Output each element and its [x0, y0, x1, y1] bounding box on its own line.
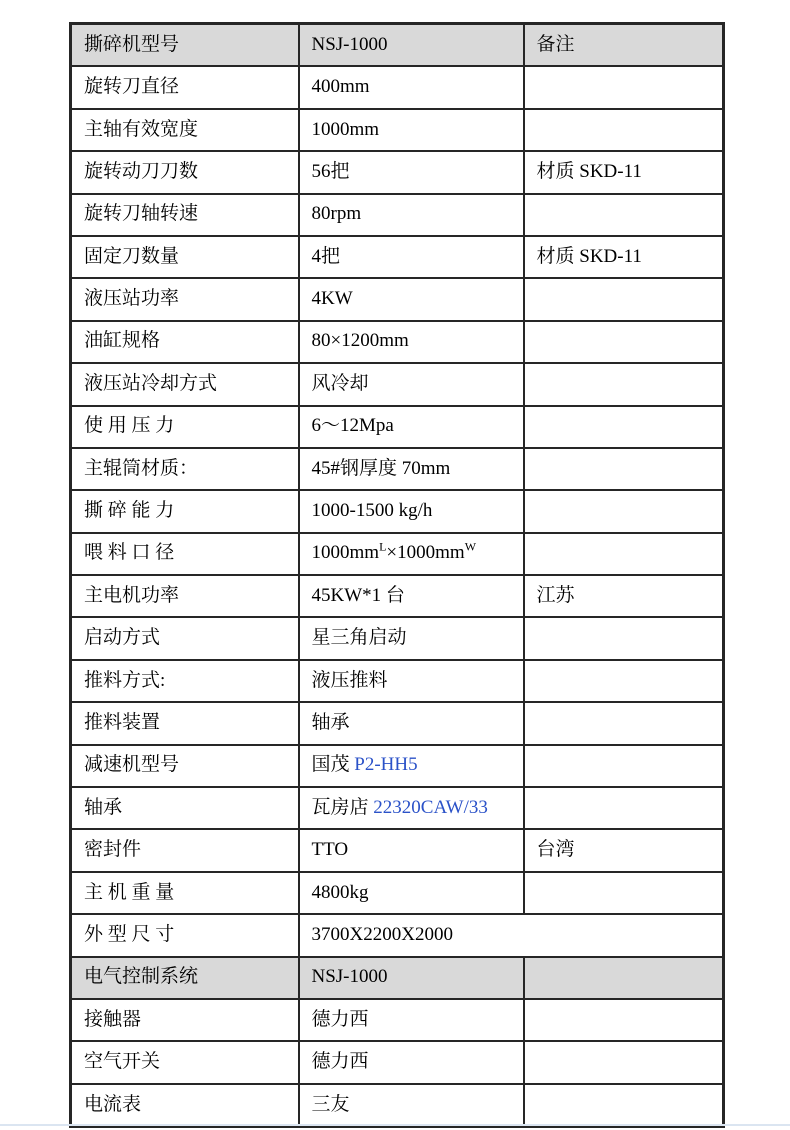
spec-label-cell: 外 型 尺 寸 [71, 914, 299, 956]
spec-value-cell: 星三角启动 [299, 617, 524, 659]
cell-text-segment: 德力西 [312, 1051, 369, 1072]
spec-note-cell [524, 787, 724, 829]
spec-note-cell [524, 872, 724, 914]
spec-note-cell [524, 194, 724, 236]
spec-value-cell: 1000mm [299, 109, 524, 151]
table-row: 撕碎机型号NSJ-1000备注 [71, 24, 724, 67]
spec-value-cell: 80rpm [299, 194, 524, 236]
spec-value-cell: 6～12Mpa [299, 406, 524, 448]
spec-value-cell: 德力西 [299, 999, 524, 1041]
table-row: 主电机功率45KW*1 台江苏 [71, 575, 724, 617]
cell-text-segment: P2-HH5 [354, 754, 417, 775]
page-divider [0, 1124, 790, 1126]
spec-note-cell [524, 1041, 724, 1083]
spec-label-cell: 电流表 [71, 1084, 299, 1127]
spec-value-cell: 45KW*1 台 [299, 575, 524, 617]
spec-note-cell: 材质 SKD-11 [524, 151, 724, 193]
spec-note-cell [524, 109, 724, 151]
spec-label-cell: 撕 碎 能 力 [71, 490, 299, 532]
table-row: 推料方式:液压推料 [71, 660, 724, 702]
cell-text-segment: 液压推料 [312, 670, 388, 691]
table-row: 旋转刀轴转速80rpm [71, 194, 724, 236]
spec-value-cell: 轴承 [299, 702, 524, 744]
spec-label-cell: 旋转动刀刀数 [71, 151, 299, 193]
spec-value-cell: 液压推料 [299, 660, 524, 702]
spec-note-cell: 江苏 [524, 575, 724, 617]
table-row: 电流表三友 [71, 1084, 724, 1127]
spec-note-cell [524, 660, 724, 702]
spec-note-cell [524, 702, 724, 744]
cell-text-segment: 45KW*1 台 [312, 585, 405, 606]
cell-text-segment: 三友 [312, 1094, 350, 1115]
cell-text-segment: 400mm [312, 76, 370, 97]
spec-label-cell: 油缸规格 [71, 321, 299, 363]
spec-value-cell: 1000-1500 kg/h [299, 490, 524, 532]
spec-label-cell: 旋转刀轴转速 [71, 194, 299, 236]
spec-note-cell: 备注 [524, 24, 724, 67]
spec-label-cell: 接触器 [71, 999, 299, 1041]
spec-value-cell: 1000mmL×1000mmW [299, 533, 524, 575]
spec-value-cell: 4把 [299, 236, 524, 278]
spec-value-cell: 4KW [299, 278, 524, 320]
table-row: 轴承瓦房店 22320CAW/33 [71, 787, 724, 829]
spec-value-cell: 45#钢厚度 70mm [299, 448, 524, 490]
spec-label-cell: 主辊筒材质： [71, 448, 299, 490]
cell-text-segment: 1000mm [312, 119, 380, 140]
spec-note-cell [524, 999, 724, 1041]
spec-label-cell: 减速机型号 [71, 745, 299, 787]
spec-note-cell [524, 278, 724, 320]
spec-label-cell: 空气开关 [71, 1041, 299, 1083]
spec-label-cell: 固定刀数量 [71, 236, 299, 278]
spec-label-cell: 撕碎机型号 [71, 24, 299, 67]
cell-text-segment: 22320CAW/33 [373, 797, 488, 818]
spec-note-cell [524, 321, 724, 363]
cell-text-segment: 国茂 [312, 754, 355, 775]
spec-note-cell [524, 66, 724, 108]
spec-note-cell: 材质 SKD-11 [524, 236, 724, 278]
spec-note-cell: 台湾 [524, 829, 724, 871]
spec-label-cell: 推料装置 [71, 702, 299, 744]
spec-label-cell: 密封件 [71, 829, 299, 871]
spec-note-cell [524, 1084, 724, 1127]
table-row: 旋转动刀刀数56把材质 SKD-11 [71, 151, 724, 193]
spec-value-cell: NSJ-1000 [299, 957, 524, 999]
cell-text-segment: 4KW [312, 288, 353, 309]
spec-value-cell: 4800kg [299, 872, 524, 914]
spec-note-cell [524, 533, 724, 575]
cell-text-segment: 1000-1500 kg/h [312, 500, 433, 521]
table-row: 外 型 尺 寸3700X2200X2000 [71, 914, 724, 956]
spec-table: 撕碎机型号NSJ-1000备注旋转刀直径400mm主轴有效宽度1000mm旋转动… [69, 22, 725, 1128]
cell-text-segment: 德力西 [312, 1009, 369, 1030]
cell-text-segment: 瓦房店 [312, 797, 374, 818]
table-row: 液压站功率4KW [71, 278, 724, 320]
table-row: 旋转刀直径400mm [71, 66, 724, 108]
spec-label-cell: 旋转刀直径 [71, 66, 299, 108]
spec-value-cell: 瓦房店 22320CAW/33 [299, 787, 524, 829]
spec-label-cell: 推料方式: [71, 660, 299, 702]
spec-label-cell: 主轴有效宽度 [71, 109, 299, 151]
table-row: 喂 料 口 径1000mmL×1000mmW [71, 533, 724, 575]
spec-note-cell [524, 617, 724, 659]
spec-note-cell [524, 406, 724, 448]
table-row: 撕 碎 能 力1000-1500 kg/h [71, 490, 724, 532]
cell-text-segment: TTO [312, 839, 349, 860]
cell-text-segment: 材质 SKD-11 [537, 246, 642, 267]
cell-text-segment: W [465, 540, 476, 554]
spec-label-cell: 主 机 重 量 [71, 872, 299, 914]
cell-text-segment: ×1000mm [386, 542, 464, 563]
spec-label-cell: 电气控制系统 [71, 957, 299, 999]
spec-label-cell: 液压站功率 [71, 278, 299, 320]
table-row: 油缸规格80×1200mm [71, 321, 724, 363]
table-row: 主 机 重 量4800kg [71, 872, 724, 914]
table-row: 电气控制系统NSJ-1000 [71, 957, 724, 999]
cell-text-segment: 4把 [312, 246, 341, 267]
cell-text-segment: 80rpm [312, 203, 362, 224]
spec-value-cell: NSJ-1000 [299, 24, 524, 67]
spec-label-cell: 使 用 压 力 [71, 406, 299, 448]
table-row: 接触器德力西 [71, 999, 724, 1041]
cell-text-segment: 星三角启动 [312, 627, 407, 648]
table-row: 空气开关德力西 [71, 1041, 724, 1083]
table-row: 主辊筒材质：45#钢厚度 70mm [71, 448, 724, 490]
table-row: 主轴有效宽度1000mm [71, 109, 724, 151]
cell-text-segment: 备注 [537, 34, 575, 55]
spec-label-cell: 喂 料 口 径 [71, 533, 299, 575]
cell-text-segment: 台湾 [537, 839, 575, 860]
table-row: 固定刀数量4把材质 SKD-11 [71, 236, 724, 278]
spec-value-cell: 56把 [299, 151, 524, 193]
cell-text-segment: NSJ-1000 [312, 966, 388, 987]
spec-value-cell: 德力西 [299, 1041, 524, 1083]
spec-value-cell: 400mm [299, 66, 524, 108]
cell-text-segment: 4800kg [312, 882, 369, 903]
spec-value-cell: 三友 [299, 1084, 524, 1127]
spec-value-cell: 风冷却 [299, 363, 524, 405]
cell-text-segment: 风冷却 [312, 373, 369, 394]
cell-text-segment: 材质 SKD-11 [537, 161, 642, 182]
spec-label-cell: 启动方式 [71, 617, 299, 659]
cell-text-segment: 3700X2200X2000 [312, 924, 453, 945]
cell-text-segment: 45#钢厚度 70mm [312, 458, 451, 479]
table-row: 推料装置轴承 [71, 702, 724, 744]
spec-value-cell: 80×1200mm [299, 321, 524, 363]
spec-value-cell: 国茂 P2-HH5 [299, 745, 524, 787]
spec-note-cell [524, 490, 724, 532]
spec-note-cell [524, 448, 724, 490]
table-row: 使 用 压 力6～12Mpa [71, 406, 724, 448]
spec-label-cell: 轴承 [71, 787, 299, 829]
spec-value-cell: TTO [299, 829, 524, 871]
spec-table-body: 撕碎机型号NSJ-1000备注旋转刀直径400mm主轴有效宽度1000mm旋转动… [71, 24, 724, 1127]
cell-text-segment: 56把 [312, 161, 350, 182]
spec-label-cell: 主电机功率 [71, 575, 299, 617]
table-row: 密封件TTO台湾 [71, 829, 724, 871]
table-row: 减速机型号国茂 P2-HH5 [71, 745, 724, 787]
table-row: 启动方式星三角启动 [71, 617, 724, 659]
cell-text-segment: 80×1200mm [312, 330, 409, 351]
spec-note-cell [524, 957, 724, 999]
cell-text-segment: 6～12Mpa [312, 415, 394, 436]
spec-value-cell: 3700X2200X2000 [299, 914, 724, 956]
spec-label-cell: 液压站冷却方式 [71, 363, 299, 405]
cell-text-segment: 轴承 [312, 712, 350, 733]
cell-text-segment: NSJ-1000 [312, 34, 388, 55]
table-row: 液压站冷却方式风冷却 [71, 363, 724, 405]
cell-text-segment: 江苏 [537, 585, 575, 606]
spec-note-cell [524, 745, 724, 787]
spec-note-cell [524, 363, 724, 405]
cell-text-segment: 1000mm [312, 542, 380, 563]
